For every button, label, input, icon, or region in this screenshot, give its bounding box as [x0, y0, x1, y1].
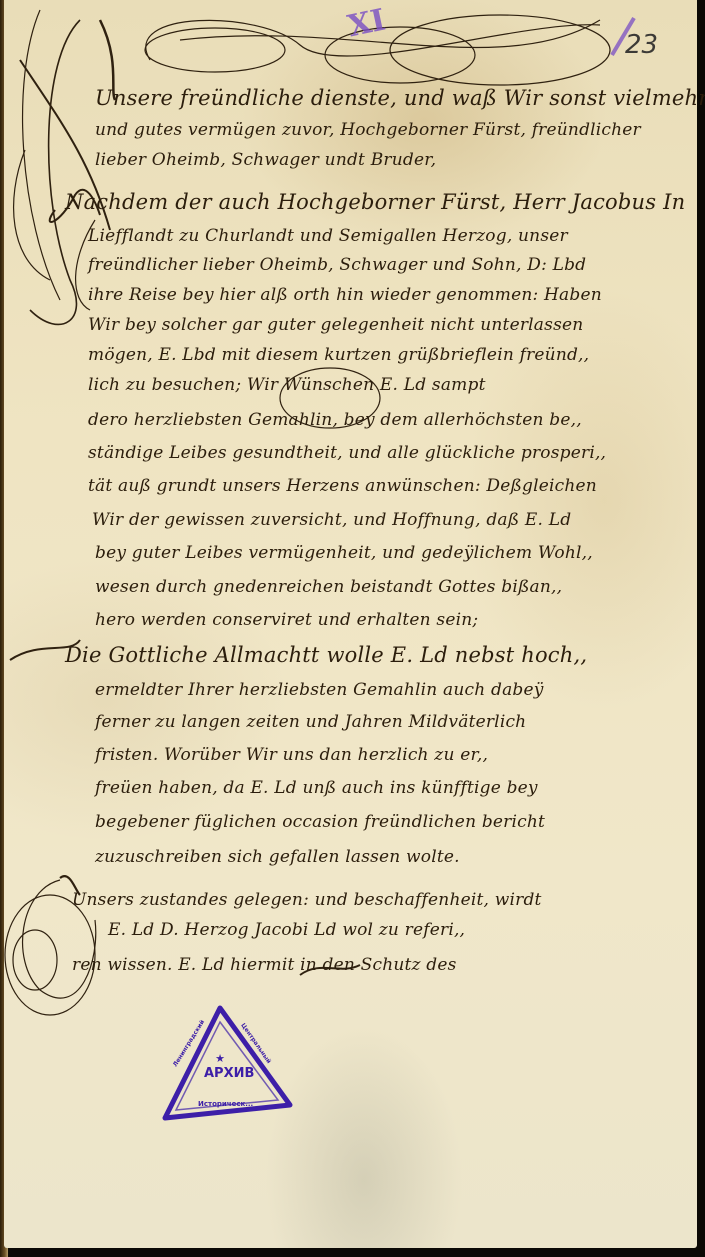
- star-icon: ★: [215, 1053, 225, 1065]
- text-line-9: mögen, E. Lbd mit diesem kurtzen grüßbri…: [88, 345, 589, 365]
- text-line-12: ständige Leibes gesundtheit, und alle gl…: [88, 443, 606, 463]
- text-line-22: freüen haben, da E. Ld unß auch ins künf…: [95, 778, 538, 798]
- text-line-18: Die Gottliche Allmachtt wolle E. Ld nebs…: [65, 643, 587, 667]
- text-line-15: bey guter Leibes vermügenheit, und gedeÿ…: [95, 543, 593, 563]
- text-line-13: tät auß grundt unsers Herzens anwünschen…: [88, 476, 597, 496]
- text-line-1: Unsere freündliche dienste, und waß Wir …: [95, 86, 705, 110]
- text-line-19: ermeldter Ihrer herzliebsten Gemahlin au…: [95, 680, 544, 700]
- text-line-11: dero herzliebsten Gemahlin, bey dem alle…: [88, 410, 582, 430]
- text-line-27: ren wissen. E. Ld hiermit in den Schutz …: [72, 955, 457, 975]
- text-line-6: freündlicher lieber Oheimb, Schwager und…: [88, 255, 586, 275]
- text-line-21: fristen. Worüber Wir uns dan herzlich zu…: [95, 745, 488, 765]
- text-line-5: Liefflandt zu Churlandt und Semigallen H…: [88, 226, 568, 246]
- text-line-17: hero werden conserviret und erhalten sei…: [95, 610, 478, 630]
- stamp-center-text: АРХИВ: [204, 1066, 254, 1081]
- text-line-4: Nachdem der auch Hochgeborner Fürst, Her…: [65, 190, 685, 214]
- text-line-20: ferner zu langen zeiten und Jahren Mildv…: [95, 712, 526, 732]
- text-line-7: ihre Reise bey hier alß orth hin wieder …: [88, 285, 602, 305]
- text-line-14: Wir der gewissen zuversicht, und Hoffnun…: [92, 510, 571, 530]
- text-line-26: E. Ld D. Herzog Jacobi Ld wol zu referi,…: [108, 920, 465, 940]
- stamp-bottom-text: Историческ...: [198, 1100, 253, 1108]
- text-line-2: und gutes vermügen zuvor, Hochgeborner F…: [95, 120, 641, 140]
- text-line-23: begebener füglichen occasion freündliche…: [95, 812, 545, 832]
- text-line-16: wesen durch gnedenreichen beistandt Gott…: [95, 577, 562, 597]
- text-line-24: zuzuschreiben sich gefallen lassen wolte…: [95, 847, 460, 867]
- text-line-10: lich zu besuchen; Wir Wünschen E. Ld sam…: [88, 375, 486, 395]
- folio-number: 23: [625, 30, 658, 60]
- text-line-8: Wir bey solcher gar guter gelegenheit ni…: [88, 315, 583, 335]
- text-line-25: Unsers zustandes gelegen: und beschaffen…: [72, 890, 542, 910]
- text-line-3: lieber Oheimb, Schwager undt Bruder,: [95, 150, 436, 170]
- archive-stamp: ★ АРХИВ Ленинградский Центральный Истори…: [160, 1000, 300, 1125]
